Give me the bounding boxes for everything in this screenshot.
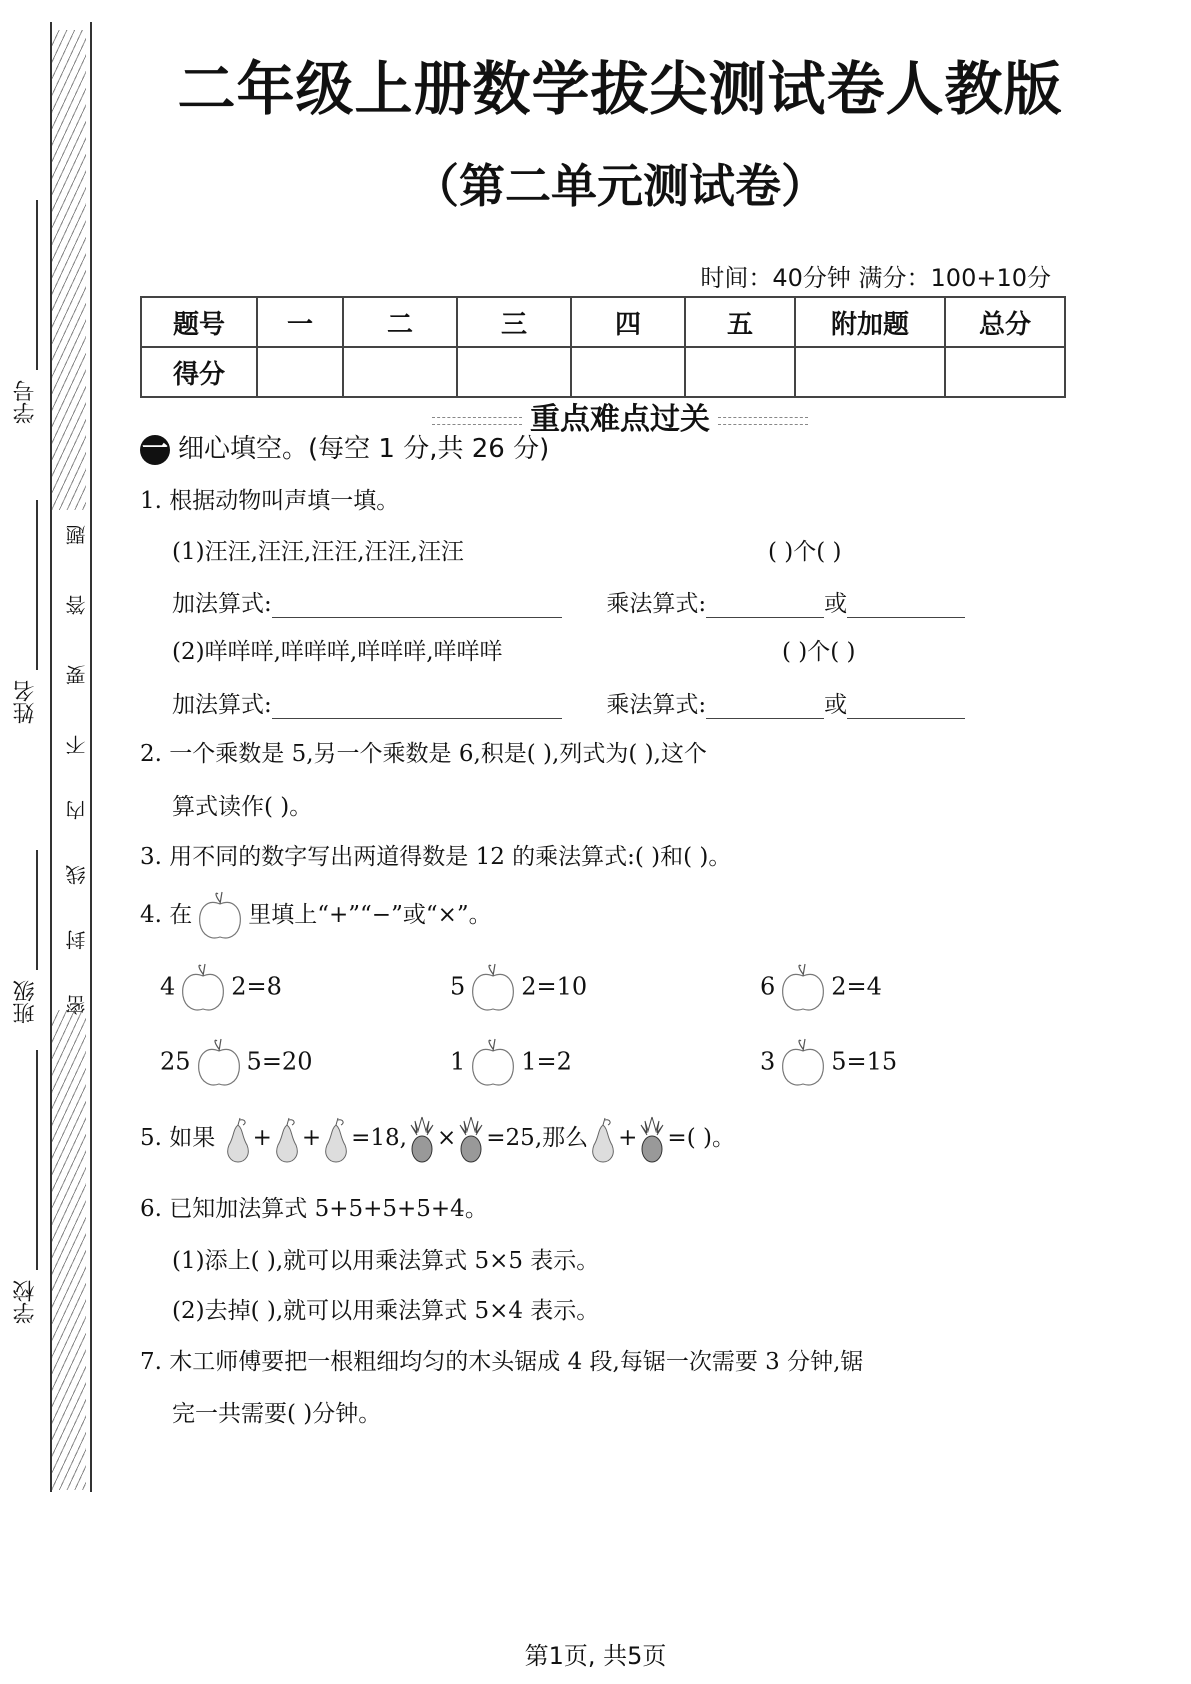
score-cell[interactable]: [945, 347, 1065, 397]
seal-char: 题: [62, 525, 91, 545]
score-cell[interactable]: [795, 347, 945, 397]
or-label: 或: [824, 692, 847, 718]
seal-char: 要: [62, 665, 91, 685]
q4-stem-end: 里填上“+”“−”或“×”。: [248, 902, 491, 928]
hatch-strip-bottom: [52, 1010, 86, 1490]
q1-part2-sounds: (2)咩咩咩,咩咩咩,咩咩咩,咩咩咩: [172, 633, 503, 666]
score-header-cell: 三: [457, 297, 571, 347]
q1-part1-count: ( )个( ): [768, 533, 842, 566]
q1-part2-count: ( )个( ): [782, 633, 856, 666]
seal-char: 线: [62, 865, 91, 885]
equals-25: =25,那么: [486, 1125, 588, 1151]
student-id-field[interactable]: [36, 200, 38, 370]
operand-right: 1=2: [521, 1048, 572, 1076]
q6-stem: 6. 已知加法算式 5+5+5+5+4。: [140, 1190, 488, 1223]
score-cell[interactable]: [457, 347, 571, 397]
operand-right: 5=15: [831, 1048, 897, 1076]
addition-answer-blank[interactable]: [272, 595, 562, 618]
banner-deco-left: [432, 417, 522, 425]
score-row-label: 得分: [141, 347, 257, 397]
or-label: 或: [824, 591, 847, 617]
banner-deco-right: [718, 417, 808, 425]
q1-stem: 1. 根据动物叫声填一填。: [140, 482, 399, 515]
q4-item: 35=15: [760, 1037, 897, 1089]
multiplication-answer-blank-alt[interactable]: [847, 696, 965, 719]
section-heading-text: 细心填空。(每空 1 分,共 26 分): [178, 434, 549, 464]
apple-operator-slot[interactable]: [779, 1037, 827, 1089]
score-header-cell: 一: [257, 297, 343, 347]
plus-sign: +: [302, 1125, 321, 1151]
apple-operator-slot[interactable]: [179, 962, 227, 1014]
addition-label: 加法算式:: [172, 692, 272, 718]
score-cell[interactable]: [343, 347, 457, 397]
addition-answer-blank[interactable]: [272, 696, 562, 719]
apple-icon: [196, 890, 244, 942]
apple-operator-slot[interactable]: [469, 962, 517, 1014]
seal-char: 封: [62, 930, 91, 950]
student-id-label: 学号: [10, 380, 41, 424]
q4-stem: 4. 在里填上“+”“−”或“×”。: [140, 890, 492, 942]
binding-line-right: [90, 22, 92, 1492]
q7-line2: 完一共需要( )分钟。: [172, 1395, 381, 1428]
score-header-cell: 题号: [141, 297, 257, 347]
multiplication-answer-blank[interactable]: [706, 595, 824, 618]
score-table-header-row: 题号 一 二 三 四 五 附加题 总分: [141, 297, 1065, 347]
q5-start: 5. 如果: [140, 1125, 215, 1151]
operand-right: 2=4: [831, 973, 882, 1001]
pineapple-icon: [456, 1115, 486, 1163]
operand-left: 1: [450, 1048, 465, 1076]
q1-part1-equations: 加法算式: 乘法算式:或: [172, 585, 965, 618]
name-label: 姓名: [10, 680, 41, 724]
apple-operator-slot[interactable]: [195, 1037, 243, 1089]
school-label: 学校: [10, 1280, 41, 1324]
score-table: 题号 一 二 三 四 五 附加题 总分 得分: [140, 296, 1066, 398]
pear-icon: [321, 1115, 351, 1163]
multiplication-answer-blank-alt[interactable]: [847, 595, 965, 618]
binding-line-left: [50, 22, 52, 1492]
operand-right: 2=8: [231, 973, 282, 1001]
q2-line2: 算式读作( )。: [172, 788, 312, 821]
section-heading: 一细心填空。(每空 1 分,共 26 分): [140, 428, 549, 465]
q4-item: 11=2: [450, 1037, 572, 1089]
apple-operator-slot[interactable]: [469, 1037, 517, 1089]
times-sign: ×: [437, 1125, 456, 1151]
operand-left: 5: [450, 973, 465, 1001]
operand-left: 6: [760, 973, 775, 1001]
score-header-cell: 附加题: [795, 297, 945, 347]
q1-part2-equations: 加法算式: 乘法算式:或: [172, 686, 965, 719]
seal-char: 密: [62, 995, 91, 1015]
section-number-badge: 一: [140, 435, 170, 465]
score-cell[interactable]: [257, 347, 343, 397]
class-field[interactable]: [36, 850, 38, 970]
operand-left: 4: [160, 973, 175, 1001]
pineapple-icon: [637, 1115, 667, 1163]
seal-char: 内: [62, 800, 91, 820]
score-cell[interactable]: [685, 347, 795, 397]
school-field[interactable]: [36, 1050, 38, 1270]
pear-icon: [223, 1115, 253, 1163]
pineapple-icon: [407, 1115, 437, 1163]
plus-sign: +: [253, 1125, 272, 1151]
plus-sign: +: [618, 1125, 637, 1151]
multiplication-label: 乘法算式:: [606, 591, 706, 617]
class-label: 班级: [10, 980, 41, 1024]
q4-item: 52=10: [450, 962, 587, 1014]
q4-stem-start: 4. 在: [140, 902, 192, 928]
q7-line1: 7. 木工师傅要把一根粗细均匀的木头锯成 4 段,每锯一次需要 3 分钟,锯: [140, 1343, 863, 1376]
operand-right: 2=10: [521, 973, 587, 1001]
hatch-strip-top: [52, 30, 86, 510]
q6-part2: (2)去掉( ),就可以用乘法算式 5×4 表示。: [172, 1292, 599, 1325]
multiplication-answer-blank[interactable]: [706, 696, 824, 719]
score-header-cell: 二: [343, 297, 457, 347]
operand-left: 3: [760, 1048, 775, 1076]
q4-item: 255=20: [160, 1037, 312, 1089]
addition-label: 加法算式:: [172, 591, 272, 617]
score-header-cell: 总分: [945, 297, 1065, 347]
score-header-cell: 四: [571, 297, 685, 347]
score-table-score-row: 得分: [141, 347, 1065, 397]
multiplication-label: 乘法算式:: [606, 692, 706, 718]
banner-text: 重点难点过关: [530, 402, 710, 437]
page-subtitle: （第二单元测试卷）: [130, 150, 1110, 216]
pear-icon: [588, 1115, 618, 1163]
pear-icon: [272, 1115, 302, 1163]
q2-line1: 2. 一个乘数是 5,另一个乘数是 6,积是( ),列式为( ),这个: [140, 735, 707, 768]
page-title: 二年级上册数学拔尖测试卷人教版: [130, 42, 1110, 126]
score-header-cell: 五: [685, 297, 795, 347]
q1-part1-sounds: (1)汪汪,汪汪,汪汪,汪汪,汪汪: [172, 533, 464, 566]
q3-text: 3. 用不同的数字写出两道得数是 12 的乘法算式:( )和( )。: [140, 838, 731, 871]
q4-item: 42=8: [160, 962, 282, 1014]
page-number: 第1页, 共5页: [0, 1636, 1191, 1671]
q4-item: 62=4: [760, 962, 882, 1014]
name-field[interactable]: [36, 500, 38, 670]
operand-right: 5=20: [247, 1048, 313, 1076]
q6-part1: (1)添上( ),就可以用乘法算式 5×5 表示。: [172, 1242, 599, 1275]
q5-line: 5. 如果 ++=18,×=25,那么+=( )。: [140, 1115, 735, 1163]
operand-left: 25: [160, 1048, 191, 1076]
score-cell[interactable]: [571, 347, 685, 397]
answer-parens: =( )。: [667, 1125, 735, 1151]
exam-meta: 时间：40分钟 满分：100+10分: [700, 258, 1051, 293]
apple-operator-slot[interactable]: [779, 962, 827, 1014]
seal-char: 不: [62, 735, 91, 755]
equals-18: =18,: [351, 1125, 407, 1151]
seal-char: 答: [62, 595, 91, 615]
